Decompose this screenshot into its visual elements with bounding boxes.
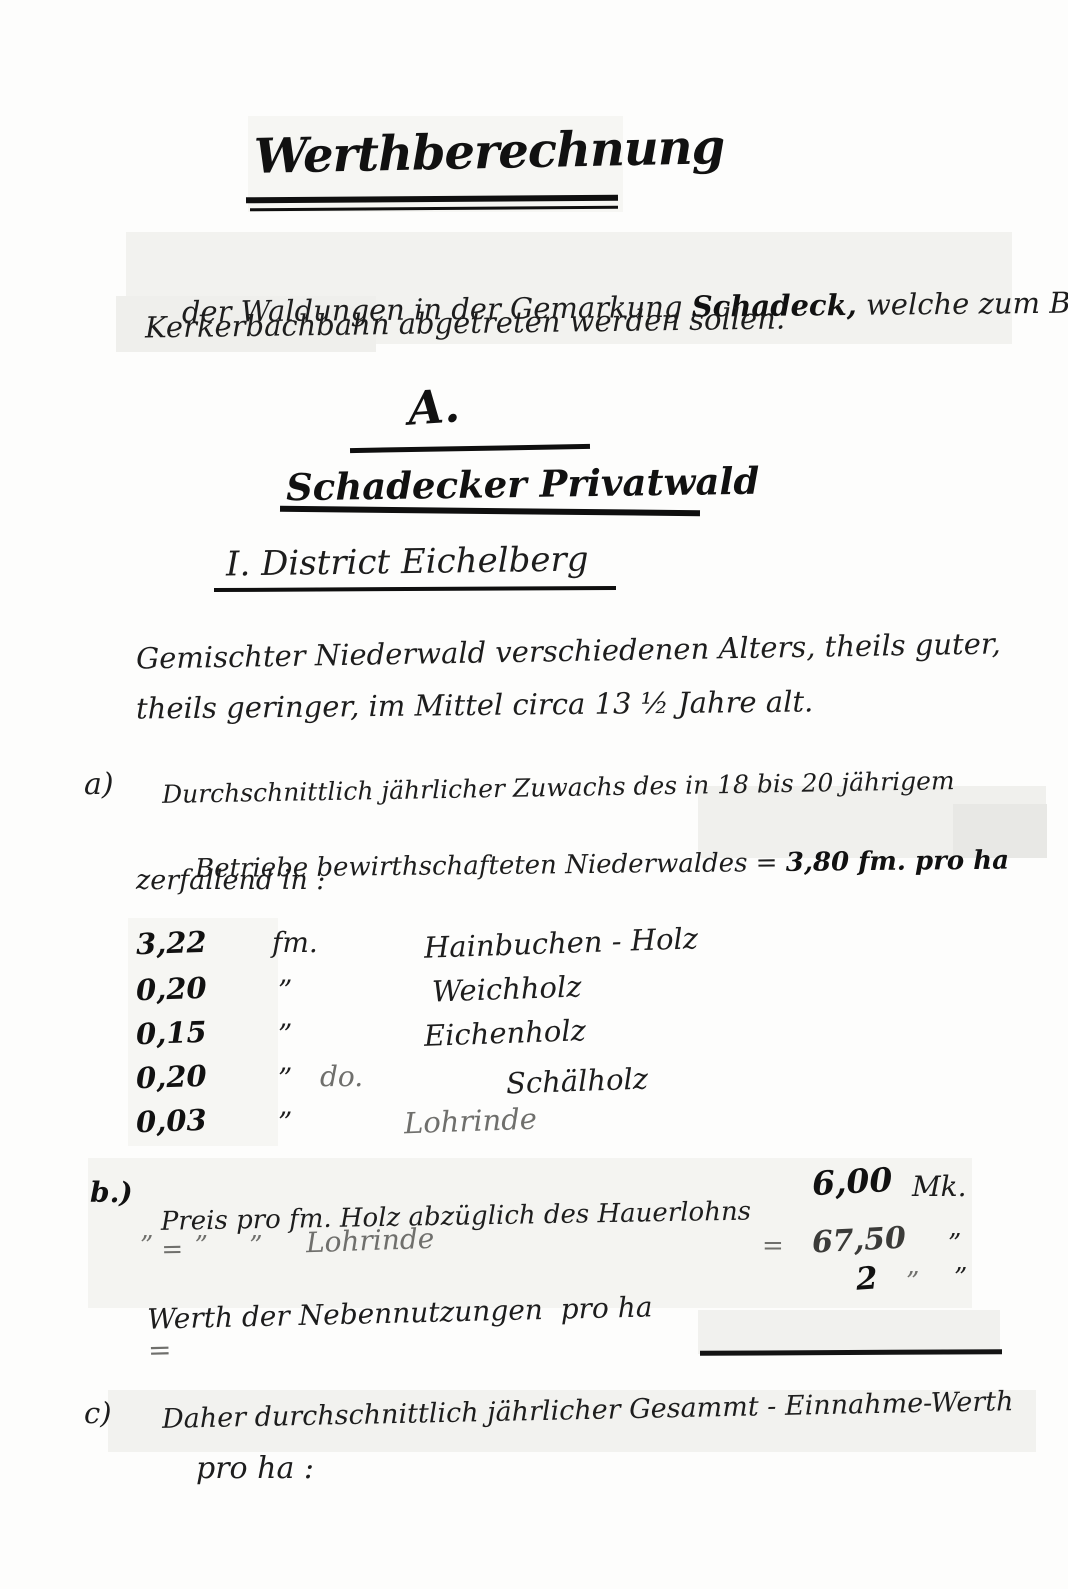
section-b-row-3-unit-2: ” — [954, 1264, 967, 1293]
district-subheading: I. District Eichelberg — [226, 541, 589, 583]
breakdown-label-2: Schälholz — [505, 1064, 648, 1101]
section-b-row-2-eq: = — [762, 1232, 784, 1261]
part-letter-underline — [350, 444, 590, 453]
document-page: Werthberechnung der Waldungen in der Gem… — [0, 0, 1068, 1589]
breakdown-label: Weichholz — [431, 971, 582, 1008]
section-b-row-2-text: Lohrinde — [306, 1224, 435, 1259]
side-uses-text: Werth der Nebennutzungen pro ha — [147, 1290, 653, 1335]
section-heading: Schadecker Privatwald — [286, 461, 760, 508]
breakdown-unit: ” — [278, 1064, 292, 1095]
breakdown-unit: ” — [278, 1020, 292, 1051]
breakdown-label: Lohrinde — [403, 1104, 537, 1141]
breakdown-unit: fm. — [272, 928, 318, 959]
subheading-underline — [214, 586, 616, 592]
breakdown-amount: 0,03 — [135, 1105, 207, 1139]
section-c-label: c) — [84, 1398, 112, 1430]
section-b-row-2-value: 67,50 — [811, 1222, 907, 1260]
section-a-line-3: zerfallend in : — [136, 866, 325, 896]
section-c-line-2: pro ha : — [196, 1452, 314, 1485]
breakdown-unit: ” — [278, 1108, 292, 1139]
section-b-row-3-text: Werth der Nebennutzungen pro ha = — [111, 1261, 655, 1397]
section-b-row-1-value: 6,00 — [811, 1162, 893, 1202]
description-line-1: Gemischter Niederwald verschiedenen Alte… — [136, 628, 1001, 675]
equals-sign: = — [148, 1333, 172, 1367]
breakdown-amount: 3,22 — [135, 927, 207, 961]
section-b-row-2-unit: ” — [948, 1230, 961, 1259]
section-b-row-2-dittos: ” ” ” — [140, 1232, 263, 1261]
breakdown-label: do. — [320, 1062, 363, 1093]
section-b-row-3-unit: ” — [906, 1268, 919, 1297]
breakdown-label: Hainbuchen - Holz — [424, 923, 699, 964]
part-letter: A. — [406, 380, 461, 434]
section-b-row-3-value: 2 — [855, 1261, 879, 1297]
breakdown-amount: 0,20 — [135, 1061, 207, 1095]
growth-value: 3,80 fm. pro ha — [786, 845, 1010, 877]
section-a-label: a) — [84, 768, 114, 801]
breakdown-label: Eichenholz — [423, 1015, 586, 1053]
breakdown-amount: 0,20 — [135, 973, 207, 1007]
breakdown-unit: ” — [278, 976, 292, 1007]
breakdown-amount: 0,15 — [135, 1017, 207, 1051]
section-b-row-1-unit: Mk. — [912, 1172, 967, 1203]
intro-line-1-post: welche zum Bau der — [857, 285, 1068, 322]
scan-artifact — [698, 1310, 1000, 1354]
sum-rule — [700, 1349, 1002, 1356]
page-title: Werthberechnung — [253, 121, 724, 184]
description-line-2: theils geringer, im Mittel circa 13 ½ Ja… — [136, 686, 814, 725]
